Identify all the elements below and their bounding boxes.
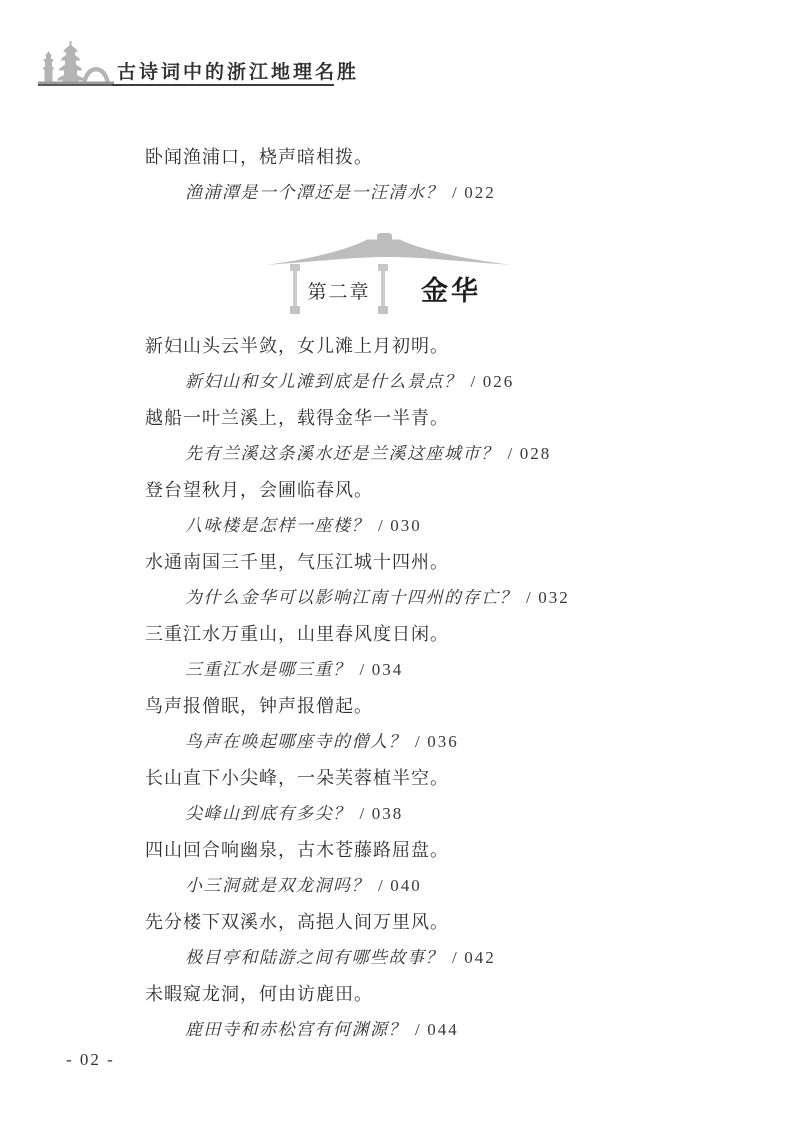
question-text: 三重江水是哪三重？	[185, 660, 352, 679]
poem-text: 鸟声报僧眠，钟声报僧起。	[145, 696, 373, 716]
chapter-number: 第二章	[294, 277, 384, 304]
page-number: 032	[538, 588, 570, 607]
poem-text: 长山直下小尖峰，一朵芙蓉植半空。	[145, 768, 449, 788]
poem-text: 越船一叶兰溪上，载得金华一半青。	[145, 408, 449, 428]
poem-line: 四山回合响幽泉，古木苍藤路屈盘。	[145, 832, 745, 868]
question-text: 为什么金华可以影响江南十四州的存亡？	[185, 588, 518, 607]
page-number: 022	[464, 183, 496, 202]
pagoda-bridge-logo-icon	[38, 41, 114, 87]
question-text: 先有兰溪这条溪水还是兰溪这座城市？	[185, 444, 500, 463]
page-number: 028	[520, 444, 552, 463]
poem-line: 未暇窥龙洞，何由访鹿田。	[145, 976, 745, 1012]
poem-text: 新妇山头云半敛，女儿滩上月初明。	[145, 336, 449, 356]
book-title: 古诗词中的浙江地理名胜	[117, 57, 359, 84]
question-line: 极目亭和陆游之间有哪些故事？/042	[145, 940, 745, 976]
poem-line: 三重江水万重山，山里春风度日闲。	[145, 616, 745, 652]
page-number: 044	[427, 1020, 459, 1039]
poem-text: 卧闻渔浦口，桡声暗相拨。	[145, 147, 373, 167]
page-number: 038	[372, 804, 404, 823]
page-number: 040	[390, 876, 422, 895]
pavilion-roof-icon: 第二章 金华	[264, 233, 514, 317]
page-separator: /	[508, 444, 514, 463]
poem-line: 登台望秋月，会圃临春风。	[145, 472, 745, 508]
question-text: 鹿田寺和赤松宫有何渊源？	[185, 1020, 407, 1039]
question-text: 鸟声在唤起哪座寺的僧人？	[185, 732, 407, 751]
page-separator: /	[378, 876, 384, 895]
folio-page-number: - 02 -	[66, 1050, 115, 1070]
page-separator: /	[526, 588, 532, 607]
page-separator: /	[415, 732, 421, 751]
page-separator: /	[471, 372, 477, 391]
question-text: 渔浦潭是一个潭还是一汪清水？	[185, 183, 444, 202]
table-of-contents: 卧闻渔浦口，桡声暗相拨。 渔浦潭是一个潭还是一汪清水？/022 第二章	[145, 139, 745, 1048]
poem-text: 四山回合响幽泉，古木苍藤路屈盘。	[145, 840, 449, 860]
chapter-banner: 第二章 金华	[145, 211, 745, 328]
page-separator: /	[360, 804, 366, 823]
question-line: 鸟声在唤起哪座寺的僧人？/036	[145, 724, 745, 760]
question-text: 八咏楼是怎样一座楼？	[185, 516, 370, 535]
header-underline	[112, 84, 334, 86]
poem-line: 卧闻渔浦口，桡声暗相拨。	[145, 139, 745, 175]
question-line: 为什么金华可以影响江南十四州的存亡？/032	[145, 580, 745, 616]
poem-line: 长山直下小尖峰，一朵芙蓉植半空。	[145, 760, 745, 796]
question-line: 鹿田寺和赤松宫有何渊源？/044	[145, 1012, 745, 1048]
page-separator: /	[360, 660, 366, 679]
page-number: 034	[372, 660, 404, 679]
page-separator: /	[452, 948, 458, 967]
question-text: 新妇山和女儿滩到底是什么景点？	[185, 372, 463, 391]
chapter-title: 金华	[421, 269, 481, 308]
question-line: 尖峰山到底有多尖？/038	[145, 796, 745, 832]
page-separator: /	[452, 183, 458, 202]
poem-text: 水通南国三千里，气压江城十四州。	[145, 552, 449, 572]
page-number: 036	[427, 732, 459, 751]
poem-line: 先分楼下双溪水，高挹人间万里风。	[145, 904, 745, 940]
question-text: 小三洞就是双龙洞吗？	[185, 876, 370, 895]
poem-line: 新妇山头云半敛，女儿滩上月初明。	[145, 328, 745, 364]
page-number: 030	[390, 516, 422, 535]
question-line: 八咏楼是怎样一座楼？/030	[145, 508, 745, 544]
poem-text: 登台望秋月，会圃临春风。	[145, 480, 373, 500]
question-line: 先有兰溪这条溪水还是兰溪这座城市？/028	[145, 436, 745, 472]
question-line: 新妇山和女儿滩到底是什么景点？/026	[145, 364, 745, 400]
page-number: 042	[464, 948, 496, 967]
poem-line: 越船一叶兰溪上，载得金华一半青。	[145, 400, 745, 436]
poem-text: 三重江水万重山，山里春风度日闲。	[145, 624, 449, 644]
page-separator: /	[378, 516, 384, 535]
question-line: 三重江水是哪三重？/034	[145, 652, 745, 688]
page-number: 026	[483, 372, 515, 391]
question-line: 小三洞就是双龙洞吗？/040	[145, 868, 745, 904]
poem-text: 未暇窥龙洞，何由访鹿田。	[145, 984, 373, 1004]
question-text: 极目亭和陆游之间有哪些故事？	[185, 948, 444, 967]
question-text: 尖峰山到底有多尖？	[185, 804, 352, 823]
poem-line: 水通南国三千里，气压江城十四州。	[145, 544, 745, 580]
poem-text: 先分楼下双溪水，高挹人间万里风。	[145, 912, 449, 932]
page-separator: /	[415, 1020, 421, 1039]
poem-line: 鸟声报僧眠，钟声报僧起。	[145, 688, 745, 724]
question-line: 渔浦潭是一个潭还是一汪清水？/022	[145, 175, 745, 211]
